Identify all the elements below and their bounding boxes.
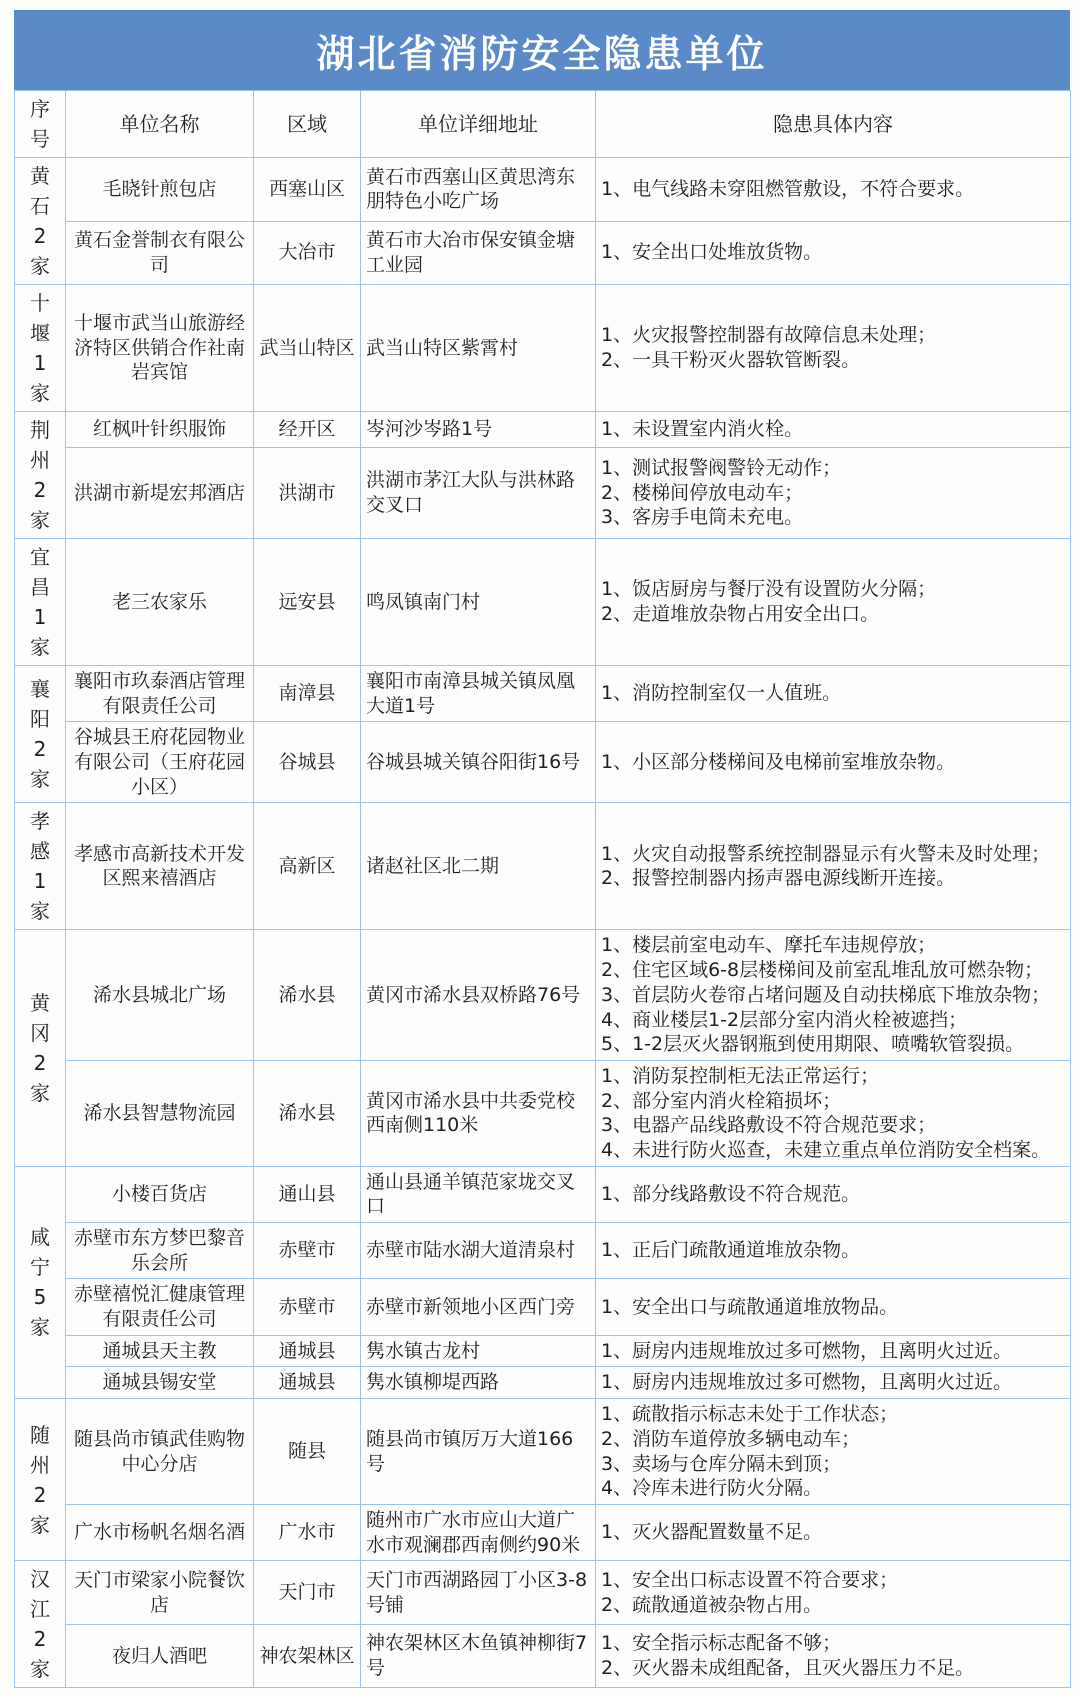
unit-name-cell: 夜归人酒吧 <box>66 1624 254 1688</box>
hazard-line: 1、楼层前室电动车、摩托车违规停放； <box>601 933 1065 958</box>
group-label: 黄石2家 <box>29 161 52 281</box>
table-row: 赤壁禧悦汇健康管理有限责任公司赤壁市赤壁市新领地小区西门旁1、安全出口与疏散通道… <box>15 1279 1071 1335</box>
table-row: 广水市杨帆名烟名酒广水市随州市广水市应山大道广水市观澜郡西南侧约90米1、灭火器… <box>15 1504 1071 1560</box>
hazards-cell: 1、厨房内违规堆放过多可燃物，且离明火过近。 <box>596 1335 1071 1367</box>
region-cell: 随县 <box>254 1399 361 1505</box>
hazard-line: 1、火灾报警控制器有故障信息未处理； <box>601 323 1065 348</box>
address-cell: 隽水镇古龙村 <box>361 1335 596 1367</box>
hazard-line: 1、部分线路敷设不符合规范。 <box>601 1182 1065 1207</box>
unit-name-cell: 赤壁禧悦汇健康管理有限责任公司 <box>66 1279 254 1335</box>
hazard-line: 3、卖场与仓库分隔未到顶； <box>601 1452 1065 1477</box>
table-row: 洪湖市新堤宏邦酒店洪湖市洪湖市茅江大队与洪林路交叉口1、测试报警阀警铃无动作；2… <box>15 447 1071 538</box>
hazard-line: 1、正后门疏散通道堆放杂物。 <box>601 1238 1065 1263</box>
region-cell: 经开区 <box>254 412 361 448</box>
group-cell: 荆州2家 <box>15 412 66 539</box>
address-cell: 黄石市西塞山区黄思湾东朋特色小吃广场 <box>361 158 596 222</box>
column-header-label: 序号 <box>29 94 52 154</box>
address-cell: 神农架林区木鱼镇神柳街7号 <box>361 1624 596 1688</box>
region-cell: 广水市 <box>254 1504 361 1560</box>
hazard-line: 1、测试报警阀警铃无动作； <box>601 456 1065 481</box>
hazard-line: 1、灭火器配置数量不足。 <box>601 1520 1065 1545</box>
unit-name-cell: 十堰市武当山旅游经济特区供销合作社南岩宾馆 <box>66 285 254 412</box>
address-cell: 洪湖市茅江大队与洪林路交叉口 <box>361 447 596 538</box>
hazards-cell: 1、消防控制室仅一人值班。 <box>596 666 1071 722</box>
table-row: 通城县锡安堂通城县隽水镇柳堤西路1、厨房内违规堆放过多可燃物，且离明火过近。 <box>15 1367 1071 1399</box>
column-header: 序号 <box>15 91 66 158</box>
group-label: 汉江2家 <box>29 1564 52 1684</box>
hazards-cell: 1、电气线路未穿阻燃管敷设，不符合要求。 <box>596 158 1071 222</box>
address-cell: 黄冈市浠水县中共委党校西南侧110米 <box>361 1060 596 1166</box>
region-cell: 神农架林区 <box>254 1624 361 1688</box>
address-cell: 隽水镇柳堤西路 <box>361 1367 596 1399</box>
hazard-line: 4、商业楼层1-2层部分室内消火栓被遮挡； <box>601 1008 1065 1033</box>
page-title: 湖北省消防安全隐患单位 <box>316 23 767 78</box>
address-cell: 谷城县城关镇谷阳街16号 <box>361 722 596 803</box>
region-cell: 西塞山区 <box>254 158 361 222</box>
hazards-cell: 1、部分线路敷设不符合规范。 <box>596 1166 1071 1222</box>
table-row: 孝感1家孝感市高新技术开发区熙来禧酒店高新区诸赵社区北二期1、火灾自动报警系统控… <box>15 803 1071 930</box>
address-cell: 天门市西湖路园丁小区3-8号铺 <box>361 1561 596 1625</box>
hazard-line: 3、客房手电筒未充电。 <box>601 505 1065 530</box>
hazard-line: 2、灭火器未成组配备，且灭火器压力不足。 <box>601 1656 1065 1681</box>
address-cell: 诸赵社区北二期 <box>361 803 596 930</box>
unit-name-cell: 黄石金誉制衣有限公司 <box>66 221 254 285</box>
address-cell: 鸣凤镇南门村 <box>361 539 596 666</box>
table-body: 黄石2家毛晓针煎包店西塞山区黄石市西塞山区黄思湾东朋特色小吃广场1、电气线路未穿… <box>15 158 1071 1688</box>
group-cell: 十堰1家 <box>15 285 66 412</box>
group-label: 襄阳2家 <box>29 674 52 794</box>
hazard-line: 1、小区部分楼梯间及电梯前室堆放杂物。 <box>601 750 1065 775</box>
group-label: 黄冈2家 <box>29 988 52 1108</box>
group-label: 宜昌1家 <box>29 542 52 662</box>
unit-name-cell: 赤壁市东方梦巴黎音乐会所 <box>66 1223 254 1279</box>
hazard-line: 1、饭店厨房与餐厅没有设置防火分隔； <box>601 577 1065 602</box>
unit-name-cell: 洪湖市新堤宏邦酒店 <box>66 447 254 538</box>
table-row: 随州2家随县尚市镇武佳购物中心分店随县随县尚市镇厉万大道166号1、疏散指示标志… <box>15 1399 1071 1505</box>
group-cell: 黄石2家 <box>15 158 66 285</box>
region-cell: 通山县 <box>254 1166 361 1222</box>
group-label: 孝感1家 <box>29 806 52 926</box>
column-header: 单位详细地址 <box>361 91 596 158</box>
unit-name-cell: 浠水县城北广场 <box>66 930 254 1060</box>
hazards-cell: 1、楼层前室电动车、摩托车违规停放；2、住宅区域6-8层楼梯间及前室乱堆乱放可燃… <box>596 930 1071 1060</box>
region-cell: 浠水县 <box>254 1060 361 1166</box>
table-row: 黄石金誉制衣有限公司大冶市黄石市大冶市保安镇金塘工业园1、安全出口处堆放货物。 <box>15 221 1071 285</box>
hazard-line: 3、首层防火卷帘占堵问题及自动扶梯底下堆放杂物； <box>601 983 1065 1008</box>
hazards-cell: 1、测试报警阀警铃无动作；2、楼梯间停放电动车；3、客房手电筒未充电。 <box>596 447 1071 538</box>
unit-name-cell: 通城县锡安堂 <box>66 1367 254 1399</box>
unit-name-cell: 广水市杨帆名烟名酒 <box>66 1504 254 1560</box>
region-cell: 洪湖市 <box>254 447 361 538</box>
hazard-line: 5、1-2层灭火器钢瓶到使用期限、喷嘴软管裂损。 <box>601 1032 1065 1057</box>
region-cell: 赤壁市 <box>254 1279 361 1335</box>
table-row: 咸宁5家小楼百货店通山县通山县通羊镇范家垅交叉口1、部分线路敷设不符合规范。 <box>15 1166 1071 1222</box>
hazards-cell: 1、疏散指示标志未处于工作状态；2、消防车道停放多辆电动车；3、卖场与仓库分隔未… <box>596 1399 1071 1505</box>
region-cell: 大冶市 <box>254 221 361 285</box>
hazard-line: 2、一具干粉灭火器软管断裂。 <box>601 348 1065 373</box>
hazard-line: 2、楼梯间停放电动车； <box>601 481 1065 506</box>
group-cell: 随州2家 <box>15 1399 66 1561</box>
address-cell: 襄阳市南漳县城关镇凤凰大道1号 <box>361 666 596 722</box>
unit-name-cell: 小楼百货店 <box>66 1166 254 1222</box>
hazards-cell: 1、饭店厨房与餐厅没有设置防火分隔；2、走道堆放杂物占用安全出口。 <box>596 539 1071 666</box>
region-cell: 武当山特区 <box>254 285 361 412</box>
table-row: 黄冈2家浠水县城北广场浠水县黄冈市浠水县双桥路76号1、楼层前室电动车、摩托车违… <box>15 930 1071 1060</box>
unit-name-cell: 红枫叶针织服饰 <box>66 412 254 448</box>
group-label: 荆州2家 <box>29 415 52 535</box>
hazard-line: 1、安全出口处堆放货物。 <box>601 240 1065 265</box>
hazard-line: 1、消防泵控制柜无法正常运行； <box>601 1064 1065 1089</box>
table-row: 汉江2家天门市梁家小院餐饮店天门市天门市西湖路园丁小区3-8号铺1、安全出口标志… <box>15 1561 1071 1625</box>
hazards-cell: 1、安全出口与疏散通道堆放物品。 <box>596 1279 1071 1335</box>
hazard-line: 2、部分室内消火栓箱损坏； <box>601 1089 1065 1114</box>
unit-name-cell: 毛晓针煎包店 <box>66 158 254 222</box>
unit-name-cell: 襄阳市玖泰酒店管理有限责任公司 <box>66 666 254 722</box>
address-cell: 黄石市大冶市保安镇金塘工业园 <box>361 221 596 285</box>
hazard-line: 2、走道堆放杂物占用安全出口。 <box>601 602 1065 627</box>
hazards-cell: 1、灭火器配置数量不足。 <box>596 1504 1071 1560</box>
unit-name-cell: 谷城县王府花园物业有限公司（王府花园小区） <box>66 722 254 803</box>
hazard-line: 4、未进行防火巡查，未建立重点单位消防安全档案。 <box>601 1138 1065 1163</box>
table-row: 谷城县王府花园物业有限公司（王府花园小区）谷城县谷城县城关镇谷阳街16号1、小区… <box>15 722 1071 803</box>
group-cell: 襄阳2家 <box>15 666 66 803</box>
table-row: 黄石2家毛晓针煎包店西塞山区黄石市西塞山区黄思湾东朋特色小吃广场1、电气线路未穿… <box>15 158 1071 222</box>
hazards-cell: 1、未设置室内消火栓。 <box>596 412 1071 448</box>
hazard-line: 2、消防车道停放多辆电动车； <box>601 1427 1065 1452</box>
title-bar: 湖北省消防安全隐患单位 <box>14 10 1070 90</box>
hazard-line: 2、住宅区域6-8层楼梯间及前室乱堆乱放可燃杂物； <box>601 958 1065 983</box>
hazard-line: 1、消防控制室仅一人值班。 <box>601 681 1065 706</box>
unit-name-cell: 天门市梁家小院餐饮店 <box>66 1561 254 1625</box>
column-header: 区域 <box>254 91 361 158</box>
table-row: 荆州2家红枫叶针织服饰经开区岑河沙岑路1号1、未设置室内消火栓。 <box>15 412 1071 448</box>
table-header: 序号单位名称区域单位详细地址隐患具体内容 <box>15 91 1071 158</box>
hazards-cell: 1、正后门疏散通道堆放杂物。 <box>596 1223 1071 1279</box>
address-cell: 武当山特区紫霄村 <box>361 285 596 412</box>
region-cell: 高新区 <box>254 803 361 930</box>
group-label: 咸宁5家 <box>29 1222 52 1342</box>
hazards-cell: 1、消防泵控制柜无法正常运行；2、部分室内消火栓箱损坏；3、电器产品线路敷设不符… <box>596 1060 1071 1166</box>
region-cell: 通城县 <box>254 1367 361 1399</box>
hazards-cell: 1、火灾报警控制器有故障信息未处理；2、一具干粉灭火器软管断裂。 <box>596 285 1071 412</box>
region-cell: 通城县 <box>254 1335 361 1367</box>
column-header: 隐患具体内容 <box>596 91 1071 158</box>
column-header: 单位名称 <box>66 91 254 158</box>
hazard-line: 1、安全出口与疏散通道堆放物品。 <box>601 1295 1065 1320</box>
group-cell: 宜昌1家 <box>15 539 66 666</box>
hazards-cell: 1、厨房内违规堆放过多可燃物，且离明火过近。 <box>596 1367 1071 1399</box>
hazard-line: 1、厨房内违规堆放过多可燃物，且离明火过近。 <box>601 1370 1065 1395</box>
unit-name-cell: 孝感市高新技术开发区熙来禧酒店 <box>66 803 254 930</box>
page: 湖北省消防安全隐患单位 序号单位名称区域单位详细地址隐患具体内容 黄石2家毛晓针… <box>0 0 1080 1700</box>
address-cell: 随州市广水市应山大道广水市观澜郡西南侧约90米 <box>361 1504 596 1560</box>
table-row: 十堰1家十堰市武当山旅游经济特区供销合作社南岩宾馆武当山特区武当山特区紫霄村1、… <box>15 285 1071 412</box>
group-label: 随州2家 <box>29 1420 52 1540</box>
address-cell: 黄冈市浠水县双桥路76号 <box>361 930 596 1060</box>
unit-name-cell: 浠水县智慧物流园 <box>66 1060 254 1166</box>
group-cell: 黄冈2家 <box>15 930 66 1166</box>
hazard-line: 1、未设置室内消火栓。 <box>601 417 1065 442</box>
region-cell: 南漳县 <box>254 666 361 722</box>
address-cell: 随县尚市镇厉万大道166号 <box>361 1399 596 1505</box>
region-cell: 天门市 <box>254 1561 361 1625</box>
hazards-cell: 1、安全指示标志配备不够；2、灭火器未成组配备，且灭火器压力不足。 <box>596 1624 1071 1688</box>
table-row: 夜归人酒吧神农架林区神农架林区木鱼镇神柳街7号1、安全指示标志配备不够；2、灭火… <box>15 1624 1071 1688</box>
hazard-line: 2、报警控制器内扬声器电源线断开连接。 <box>601 866 1065 891</box>
hazard-line: 4、冷库未进行防火分隔。 <box>601 1476 1065 1501</box>
hazard-line: 1、安全指示标志配备不够； <box>601 1631 1065 1656</box>
unit-name-cell: 通城县天主教 <box>66 1335 254 1367</box>
group-cell: 汉江2家 <box>15 1561 66 1688</box>
region-cell: 远安县 <box>254 539 361 666</box>
table-row: 通城县天主教通城县隽水镇古龙村1、厨房内违规堆放过多可燃物，且离明火过近。 <box>15 1335 1071 1367</box>
address-cell: 赤壁市新领地小区西门旁 <box>361 1279 596 1335</box>
hazard-line: 1、疏散指示标志未处于工作状态； <box>601 1402 1065 1427</box>
hazards-cell: 1、安全出口标志设置不符合要求；2、疏散通道被杂物占用。 <box>596 1561 1071 1625</box>
hazard-line: 2、疏散通道被杂物占用。 <box>601 1593 1065 1618</box>
group-cell: 咸宁5家 <box>15 1166 66 1399</box>
hazards-cell: 1、安全出口处堆放货物。 <box>596 221 1071 285</box>
table-row: 赤壁市东方梦巴黎音乐会所赤壁市赤壁市陆水湖大道清泉村1、正后门疏散通道堆放杂物。 <box>15 1223 1071 1279</box>
group-label: 十堰1家 <box>29 288 52 408</box>
address-cell: 赤壁市陆水湖大道清泉村 <box>361 1223 596 1279</box>
table-row: 襄阳2家襄阳市玖泰酒店管理有限责任公司南漳县襄阳市南漳县城关镇凤凰大道1号1、消… <box>15 666 1071 722</box>
hazard-line: 1、安全出口标志设置不符合要求； <box>601 1568 1065 1593</box>
hazard-line: 1、火灾自动报警系统控制器显示有火警未及时处理； <box>601 842 1065 867</box>
hazard-line: 1、电气线路未穿阻燃管敷设，不符合要求。 <box>601 177 1065 202</box>
hazard-line: 3、电器产品线路敷设不符合规范要求； <box>601 1113 1065 1138</box>
header-row: 序号单位名称区域单位详细地址隐患具体内容 <box>15 91 1071 158</box>
address-cell: 通山县通羊镇范家垅交叉口 <box>361 1166 596 1222</box>
hazards-cell: 1、火灾自动报警系统控制器显示有火警未及时处理；2、报警控制器内扬声器电源线断开… <box>596 803 1071 930</box>
table-row: 宜昌1家老三农家乐远安县鸣凤镇南门村1、饭店厨房与餐厅没有设置防火分隔；2、走道… <box>15 539 1071 666</box>
address-cell: 岑河沙岑路1号 <box>361 412 596 448</box>
region-cell: 谷城县 <box>254 722 361 803</box>
hazards-cell: 1、小区部分楼梯间及电梯前室堆放杂物。 <box>596 722 1071 803</box>
region-cell: 赤壁市 <box>254 1223 361 1279</box>
hazard-line: 1、厨房内违规堆放过多可燃物，且离明火过近。 <box>601 1339 1065 1364</box>
table-row: 浠水县智慧物流园浠水县黄冈市浠水县中共委党校西南侧110米1、消防泵控制柜无法正… <box>15 1060 1071 1166</box>
region-cell: 浠水县 <box>254 930 361 1060</box>
hazard-table: 序号单位名称区域单位详细地址隐患具体内容 黄石2家毛晓针煎包店西塞山区黄石市西塞… <box>14 90 1071 1688</box>
group-cell: 孝感1家 <box>15 803 66 930</box>
unit-name-cell: 随县尚市镇武佳购物中心分店 <box>66 1399 254 1505</box>
unit-name-cell: 老三农家乐 <box>66 539 254 666</box>
